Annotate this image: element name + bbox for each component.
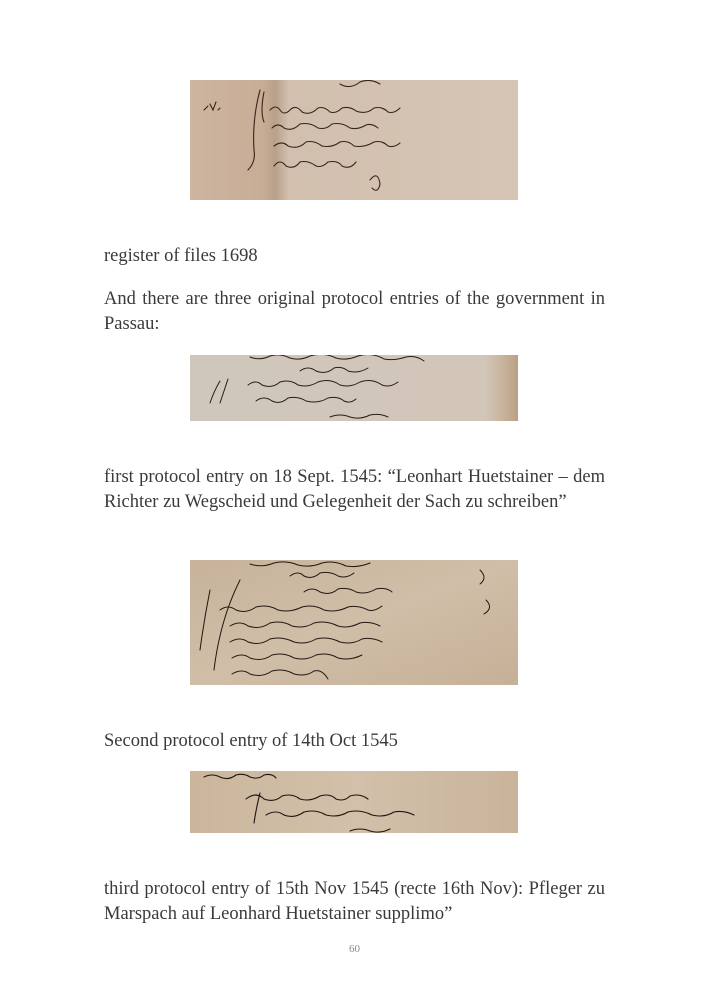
handwriting-scan-icon (190, 560, 518, 685)
register-caption: register of files 1698 (104, 244, 605, 269)
handwriting-scan-icon (190, 771, 518, 833)
protocol-2-scan-image (190, 560, 518, 685)
protocol-3-scan-image (190, 771, 518, 833)
protocol-1-scan-image (190, 355, 518, 421)
document-page: register of files 1698 And there are thr… (0, 0, 709, 992)
intro-paragraph: And there are three original protocol en… (104, 287, 605, 337)
handwriting-scan-icon (190, 355, 518, 421)
register-1698-scan-image (190, 80, 518, 200)
page-number: 60 (0, 943, 709, 955)
third-entry-caption: third protocol entry of 15th Nov 1545 (r… (104, 877, 605, 927)
handwriting-scan-icon (190, 80, 518, 200)
first-entry-caption: first protocol entry on 18 Sept. 1545: “… (104, 465, 605, 515)
second-entry-caption: Second protocol entry of 14th Oct 1545 (104, 729, 605, 754)
